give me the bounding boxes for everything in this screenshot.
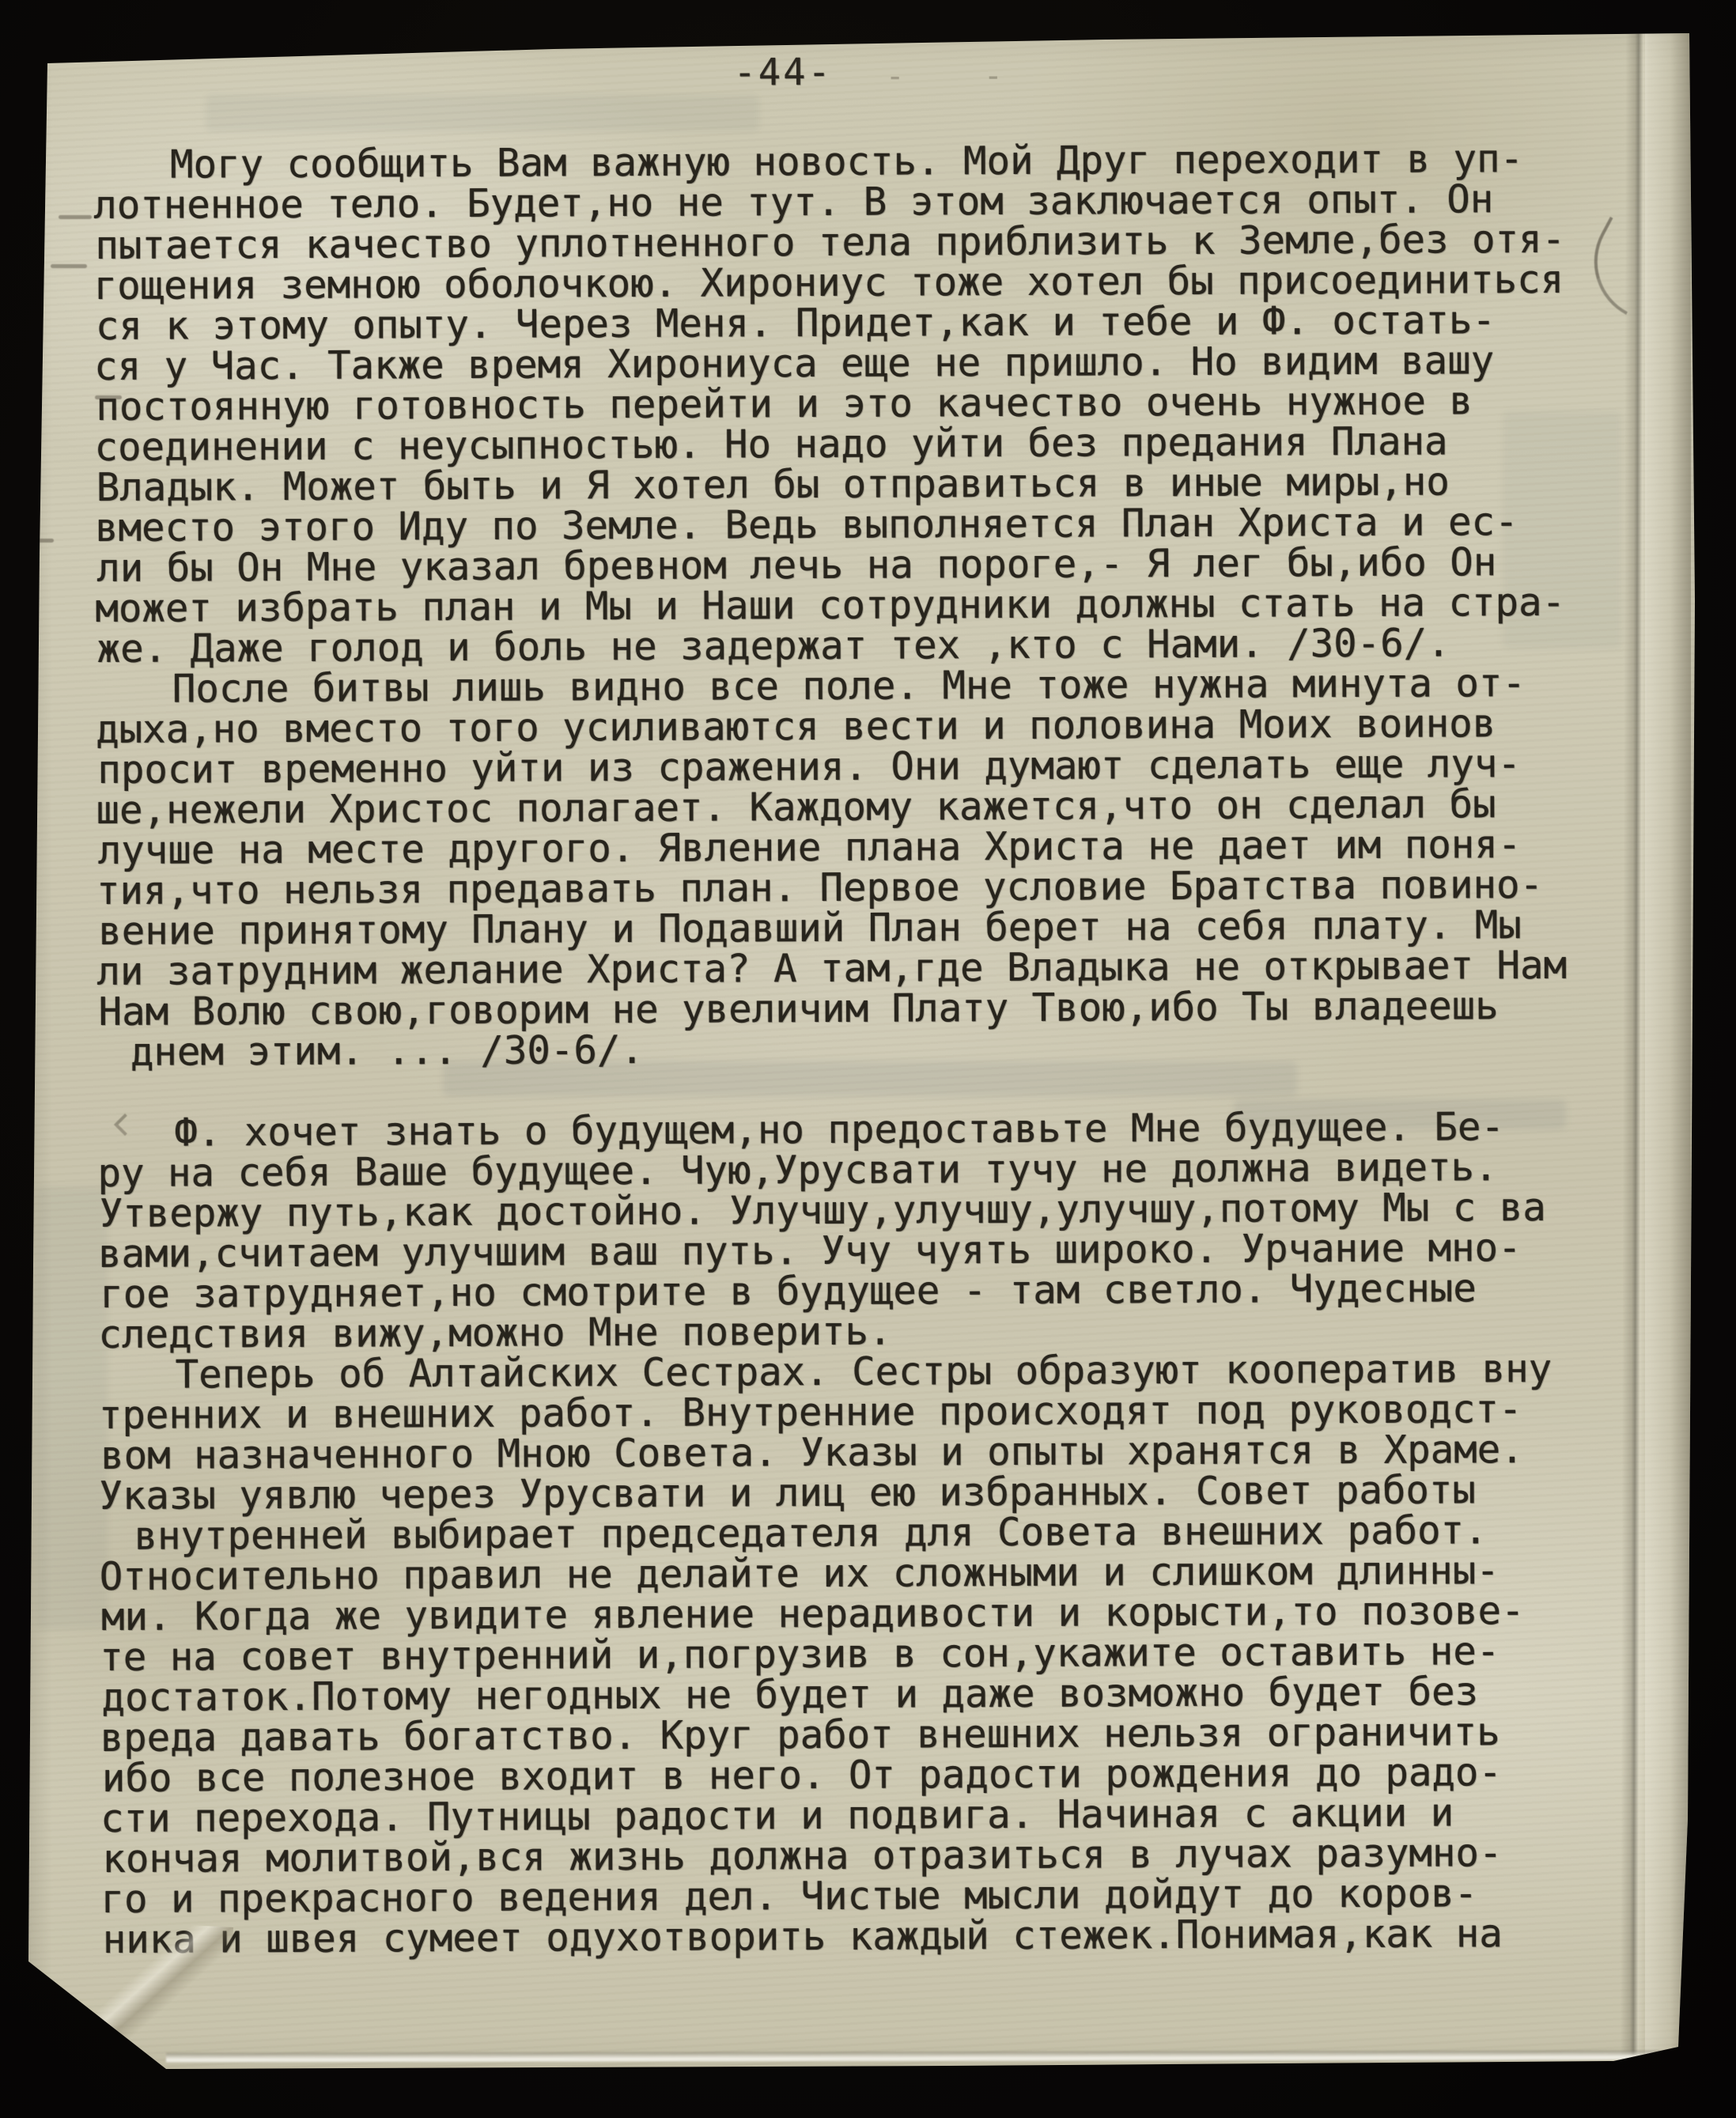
text-line: Ф. хочет знать о будущем,но предоставьте… — [99, 1106, 1641, 1153]
paragraph-2: После битвы лишь видно все поле. Мне тож… — [96, 662, 1640, 1072]
folded-corner-shade — [20, 1916, 233, 2085]
text-line: постоянную готовность перейти и это каче… — [96, 380, 1638, 427]
typewritten-content: -44- - - Могу сообщить Вам важную новост… — [0, 0, 1736, 2118]
text-line: После битвы лишь видно все поле. Мне тож… — [97, 662, 1640, 709]
pencil-mark — [95, 395, 122, 399]
page-number: -44- — [733, 51, 832, 95]
text-line: Утвержу путь,как достойно. Улучшу,улучшу… — [100, 1186, 1642, 1234]
pencil-mark — [32, 539, 54, 543]
text-line: лучше на месте другого. Явление плана Хр… — [98, 823, 1640, 871]
text-line: гое затрудняет,но смотрите в будущее - т… — [100, 1267, 1642, 1314]
text-line: пытается качество уплотненного тела приб… — [95, 218, 1637, 266]
paragraph-3: Ф. хочет знать о будущем,но предоставьте… — [97, 1106, 1640, 1355]
text-line: ся к этому опыту. Через Меня. Придет,как… — [96, 299, 1638, 346]
text-line: вом назначенного Мною Совета. Указы и оп… — [100, 1428, 1643, 1476]
text-line: вение принятому Плану и Подавший План бе… — [98, 904, 1640, 951]
paragraph-4: Теперь об Алтайских Сестрах. Сестры обра… — [99, 1348, 1643, 1960]
text-line: достаток.Потому негодных не будет и даже… — [101, 1670, 1643, 1718]
text-line: ли бы Он Мне указал бревном лечь на поро… — [96, 541, 1639, 588]
text-line: внутренней выбирает председателя для Сов… — [100, 1509, 1643, 1556]
text-line: ника и швея сумеет одухотворить каждый с… — [103, 1912, 1645, 1960]
document-page: -44- - - Могу сообщить Вам важную новост… — [0, 0, 1736, 2118]
text-line: Нам Волю свою,говорим не увеличим Плату … — [99, 985, 1641, 1032]
text-line: ми. Когда же увидите явление нерадивости… — [101, 1590, 1643, 1637]
text-line: Теперь об Алтайских Сестрах. Сестры обра… — [100, 1348, 1643, 1395]
text-line: Владык. Может быть и Я хотел бы отправит… — [96, 460, 1639, 508]
paragraph-1: Могу сообщить Вам важную новость. Мой Др… — [93, 138, 1638, 670]
paper-edge — [1645, 33, 1691, 2058]
text-line: просит временно уйти из сражения. Они ду… — [97, 743, 1640, 790]
text-line: Могу сообщить Вам важную новость. Мой Др… — [95, 138, 1637, 185]
pencil-mark — [51, 264, 87, 268]
text-line: кончая молитвой,вся жизнь должна отразит… — [102, 1832, 1644, 1879]
body-text: Могу сообщить Вам важную новость. Мой Др… — [93, 138, 1643, 1960]
text-line: ибо все полезное входит в него. От радос… — [102, 1751, 1644, 1798]
pencil-mark — [59, 215, 92, 219]
page-number-faint-marks: - - — [885, 58, 1032, 95]
